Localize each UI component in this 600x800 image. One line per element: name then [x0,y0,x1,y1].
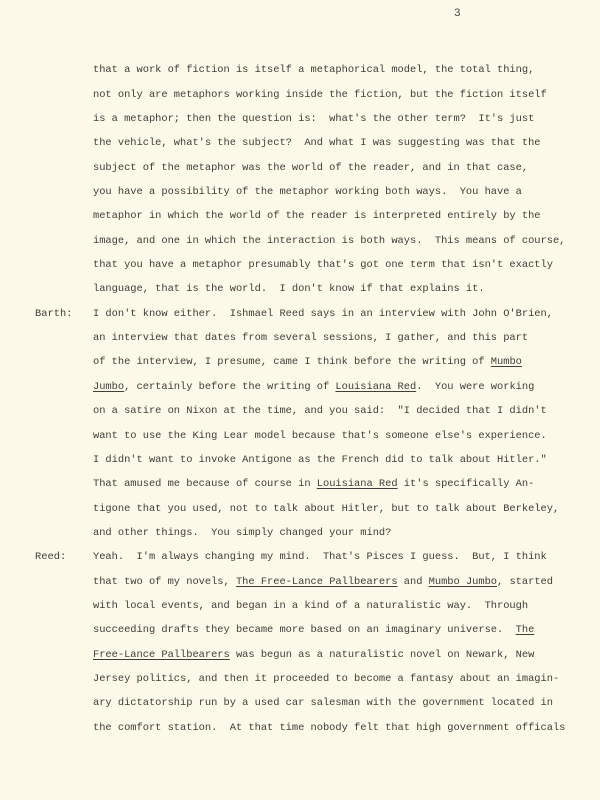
text-line: that you have a metaphor presumably that… [93,259,553,271]
text-line: and other things. You simply changed you… [93,527,391,539]
text-line: image, and one in which the interaction … [93,235,565,247]
speaker-label-barth: Barth: [35,308,72,320]
page-number: 3 [454,8,461,20]
text-line: I don't know either. Ishmael Reed says i… [93,308,553,320]
text-line: tigone that you used, not to talk about … [93,503,559,515]
text-line: the vehicle, what's the subject? And wha… [93,137,541,149]
text-line: Jersey politics, and then it proceeded t… [93,673,559,685]
document-page: 3 that a work of fiction is itself a met… [0,0,600,800]
text-line: of the interview, I presume, came I thin… [93,356,522,368]
text-line: I didn't want to invoke Antigone as the … [93,454,547,466]
text-line: an interview that dates from several ses… [93,332,528,344]
text-line: want to use the King Lear model because … [93,430,547,442]
text-line: subject of the metaphor was the world of… [93,162,528,174]
text-line: the comfort station. At that time nobody… [93,722,565,734]
speaker-label-reed: Reed: [35,551,66,563]
text-line: is a metaphor; then the question is: wha… [93,113,534,125]
text-line: Free-Lance Pallbearers was begun as a na… [93,649,534,661]
text-line: metaphor in which the world of the reade… [93,210,541,222]
text-line: language, that is the world. I don't kno… [93,283,485,295]
text-line: Jumbo, certainly before the writing of L… [93,381,534,393]
text-line: you have a possibility of the metaphor w… [93,186,522,198]
text-line: not only are metaphors working inside th… [93,89,547,101]
text-line: that two of my novels, The Free-Lance Pa… [93,576,553,588]
text-line: Yeah. I'm always changing my mind. That'… [93,551,547,563]
text-line: ary dictatorship run by a used car sales… [93,697,553,709]
text-line: succeeding drafts they became more based… [93,624,534,636]
text-line: with local events, and began in a kind o… [93,600,528,612]
text-line: That amused me because of course in Loui… [93,478,534,490]
text-line: that a work of fiction is itself a metap… [93,64,534,76]
text-line: on a satire on Nixon at the time, and yo… [93,405,547,417]
